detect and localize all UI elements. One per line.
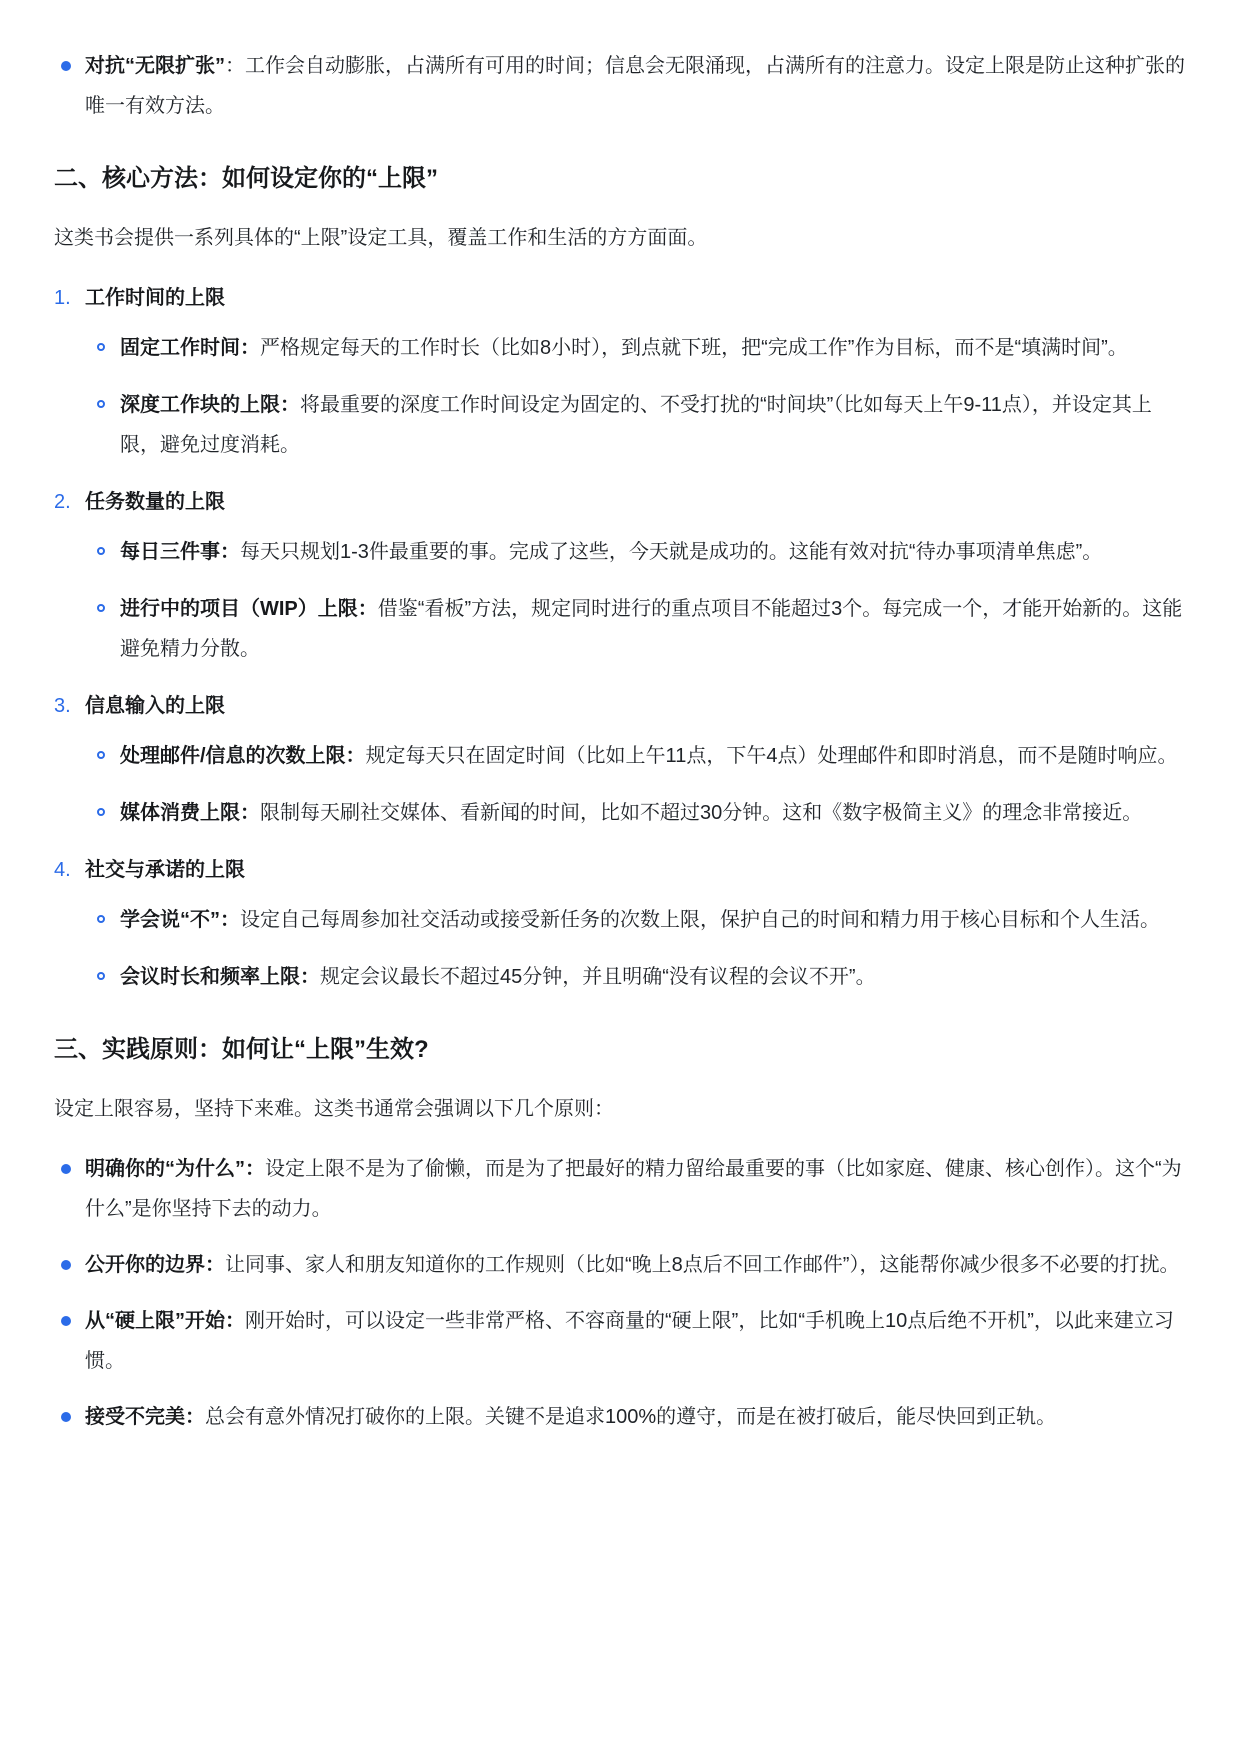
circle-bullet-icon — [97, 400, 105, 408]
sub-list-item: 每日三件事：每天只规划1-3件最重要的事。完成了这些，今天就是成功的。这能有效对… — [54, 532, 1185, 572]
section3-intro-paragraph: 设定上限容易，坚持下来难。这类书通常会强调以下几个原则： — [54, 1089, 1185, 1129]
circle-bullet-icon — [97, 751, 105, 759]
bullet-icon — [61, 1316, 71, 1326]
bullet-marker-column — [54, 1149, 85, 1174]
sub-item-lead: 会议时长和频率上限： — [120, 966, 320, 988]
sub-bullet-marker-column — [94, 900, 120, 923]
list-item-body: 让同事、家人和朋友知道你的工作规则（比如“晚上8点后不回工作邮件”），这能帮你减… — [225, 1254, 1179, 1276]
section-heading-core-methods: 二、核心方法：如何设定你的“上限” — [54, 162, 1185, 196]
sub-item-text: 处理邮件/信息的次数上限：规定每天只在固定时间（比如上午11点，下午4点）处理邮… — [120, 736, 1185, 776]
sub-item-text: 每日三件事：每天只规划1-3件最重要的事。完成了这些，今天就是成功的。这能有效对… — [120, 532, 1185, 572]
circle-bullet-icon — [97, 915, 105, 923]
list-item-lead: 明确你的“为什么”： — [85, 1158, 265, 1180]
sub-item-body: 设定自己每周参加社交活动或接受新任务的次数上限，保护自己的时间和精力用于核心目标… — [240, 909, 1160, 931]
bullet-icon — [61, 1412, 71, 1422]
item-title: 社交与承诺的上限 — [85, 850, 245, 890]
sub-list-item: 深度工作块的上限：将最重要的深度工作时间设定为固定的、不受打扰的“时间块”（比如… — [54, 385, 1185, 465]
list-item-lead: 接受不完美： — [85, 1406, 205, 1428]
item-title: 信息输入的上限 — [85, 686, 225, 726]
circle-bullet-icon — [97, 604, 105, 612]
sub-bullet-marker-column — [94, 532, 120, 555]
list-item-hard-limits-first: 从“硬上限”开始：刚开始时，可以设定一些非常严格、不容商量的“硬上限”，比如“手… — [54, 1301, 1185, 1381]
bullet-icon — [61, 1260, 71, 1270]
numbered-item-header: 4. 社交与承诺的上限 — [54, 850, 1185, 890]
item-title: 任务数量的上限 — [85, 482, 225, 522]
sub-list-item: 媒体消费上限：限制每天刷社交媒体、看新闻的时间，比如不超过30分钟。这和《数字极… — [54, 793, 1185, 833]
circle-bullet-icon — [97, 343, 105, 351]
bullet-marker-column — [54, 46, 85, 71]
bullet-marker-column — [54, 1245, 85, 1270]
sub-list-item: 会议时长和频率上限：规定会议最长不超过45分钟，并且明确“没有议程的会议不开”。 — [54, 957, 1185, 997]
sub-bullet-marker-column — [94, 385, 120, 408]
item-number: 4. — [54, 850, 85, 890]
item-number: 1. — [54, 278, 85, 318]
sub-list-item: 固定工作时间：严格规定每天的工作时长（比如8小时），到点就下班，把“完成工作”作… — [54, 328, 1185, 368]
circle-bullet-icon — [97, 808, 105, 816]
bullet-marker-column — [54, 1301, 85, 1326]
sub-item-lead: 处理邮件/信息的次数上限： — [120, 745, 366, 767]
sub-list-item: 学会说“不”：设定自己每周参加社交活动或接受新任务的次数上限，保护自己的时间和精… — [54, 900, 1185, 940]
item-number: 3. — [54, 686, 85, 726]
list-item-know-your-why: 明确你的“为什么”：设定上限不是为了偷懒，而是为了把最好的精力留给最重要的事（比… — [54, 1149, 1185, 1229]
list-item-body: ：工作会自动膨胀，占满所有可用的时间；信息会无限涌现，占满所有的注意力。设定上限… — [85, 55, 1185, 117]
item-number: 2. — [54, 482, 85, 522]
numbered-item-info-input: 3. 信息输入的上限 处理邮件/信息的次数上限：规定每天只在固定时间（比如上午1… — [54, 686, 1185, 833]
sub-item-lead: 学会说“不”： — [120, 909, 240, 931]
list-item-lead: 对抗“无限扩张” — [85, 55, 225, 77]
sub-item-text: 媒体消费上限：限制每天刷社交媒体、看新闻的时间，比如不超过30分钟。这和《数字极… — [120, 793, 1185, 833]
list-item-lead: 公开你的边界： — [85, 1254, 225, 1276]
sub-item-text: 深度工作块的上限：将最重要的深度工作时间设定为固定的、不受打扰的“时间块”（比如… — [120, 385, 1185, 465]
sub-bullet-marker-column — [94, 957, 120, 980]
sub-item-text: 固定工作时间：严格规定每天的工作时长（比如8小时），到点就下班，把“完成工作”作… — [120, 328, 1185, 368]
section2-intro-paragraph: 这类书会提供一系列具体的“上限”设定工具，覆盖工作和生活的方方面面。 — [54, 218, 1185, 258]
numbered-item-task-count: 2. 任务数量的上限 每日三件事：每天只规划1-3件最重要的事。完成了这些，今天… — [54, 482, 1185, 669]
circle-bullet-icon — [97, 972, 105, 980]
sub-bullet-marker-column — [94, 736, 120, 759]
sub-item-body: 规定会议最长不超过45分钟，并且明确“没有议程的会议不开”。 — [320, 966, 876, 988]
sub-item-body: 每天只规划1-3件最重要的事。完成了这些，今天就是成功的。这能有效对抗“待办事项… — [240, 541, 1102, 563]
numbered-item-social-commitment: 4. 社交与承诺的上限 学会说“不”：设定自己每周参加社交活动或接受新任务的次数… — [54, 850, 1185, 997]
sub-item-body: 规定每天只在固定时间（比如上午11点，下午4点）处理邮件和即时消息，而不是随时响… — [366, 745, 1178, 767]
sub-bullet-marker-column — [94, 793, 120, 816]
sub-item-text: 学会说“不”：设定自己每周参加社交活动或接受新任务的次数上限，保护自己的时间和精… — [120, 900, 1185, 940]
item-title: 工作时间的上限 — [85, 278, 225, 318]
list-item-lead: 从“硬上限”开始： — [85, 1310, 245, 1332]
numbered-item-header: 3. 信息输入的上限 — [54, 686, 1185, 726]
section-heading-practice-principles: 三、实践原则：如何让“上限”生效? — [54, 1033, 1185, 1067]
numbered-item-work-time: 1. 工作时间的上限 固定工作时间：严格规定每天的工作时长（比如8小时），到点就… — [54, 278, 1185, 465]
sub-list-item: 处理邮件/信息的次数上限：规定每天只在固定时间（比如上午11点，下午4点）处理邮… — [54, 736, 1185, 776]
bullet-marker-column — [54, 1397, 85, 1422]
list-item-body: 刚开始时，可以设定一些非常严格、不容商量的“硬上限”，比如“手机晚上10点后绝不… — [85, 1310, 1174, 1372]
sub-bullet-marker-column — [94, 328, 120, 351]
list-item-infinite-expansion: 对抗“无限扩张”：工作会自动膨胀，占满所有可用的时间；信息会无限涌现，占满所有的… — [54, 46, 1185, 126]
sub-bullet-marker-column — [94, 589, 120, 612]
numbered-item-header: 2. 任务数量的上限 — [54, 482, 1185, 522]
circle-bullet-icon — [97, 547, 105, 555]
list-item-body: 总会有意外情况打破你的上限。关键不是追求100%的遵守，而是在被打破后，能尽快回… — [205, 1406, 1056, 1428]
list-item-text: 从“硬上限”开始：刚开始时，可以设定一些非常严格、不容商量的“硬上限”，比如“手… — [85, 1301, 1185, 1381]
sub-item-lead: 深度工作块的上限： — [120, 394, 300, 416]
sub-item-text: 会议时长和频率上限：规定会议最长不超过45分钟，并且明确“没有议程的会议不开”。 — [120, 957, 1185, 997]
list-item-text: 明确你的“为什么”：设定上限不是为了偷懒，而是为了把最好的精力留给最重要的事（比… — [85, 1149, 1185, 1229]
bullet-icon — [61, 1164, 71, 1174]
sub-item-body: 限制每天刷社交媒体、看新闻的时间，比如不超过30分钟。这和《数字极简主义》的理念… — [260, 802, 1142, 824]
list-item-public-boundaries: 公开你的边界：让同事、家人和朋友知道你的工作规则（比如“晚上8点后不回工作邮件”… — [54, 1245, 1185, 1285]
sub-item-body: 严格规定每天的工作时长（比如8小时），到点就下班，把“完成工作”作为目标，而不是… — [260, 337, 1128, 359]
list-item-text: 公开你的边界：让同事、家人和朋友知道你的工作规则（比如“晚上8点后不回工作邮件”… — [85, 1245, 1185, 1285]
list-item-accept-imperfection: 接受不完美：总会有意外情况打破你的上限。关键不是追求100%的遵守，而是在被打破… — [54, 1397, 1185, 1437]
document-page: 对抗“无限扩张”：工作会自动膨胀，占满所有可用的时间；信息会无限涌现，占满所有的… — [0, 0, 1239, 1751]
list-item-text: 接受不完美：总会有意外情况打破你的上限。关键不是追求100%的遵守，而是在被打破… — [85, 1397, 1185, 1437]
sub-item-lead: 媒体消费上限： — [120, 802, 260, 824]
sub-item-lead: 进行中的项目（WIP）上限： — [120, 598, 378, 620]
numbered-item-header: 1. 工作时间的上限 — [54, 278, 1185, 318]
sub-item-text: 进行中的项目（WIP）上限：借鉴“看板”方法，规定同时进行的重点项目不能超过3个… — [120, 589, 1185, 669]
sub-list-item: 进行中的项目（WIP）上限：借鉴“看板”方法，规定同时进行的重点项目不能超过3个… — [54, 589, 1185, 669]
list-item-text: 对抗“无限扩张”：工作会自动膨胀，占满所有可用的时间；信息会无限涌现，占满所有的… — [85, 46, 1185, 126]
sub-item-lead: 固定工作时间： — [120, 337, 260, 359]
sub-item-lead: 每日三件事： — [120, 541, 240, 563]
bullet-icon — [61, 61, 71, 71]
